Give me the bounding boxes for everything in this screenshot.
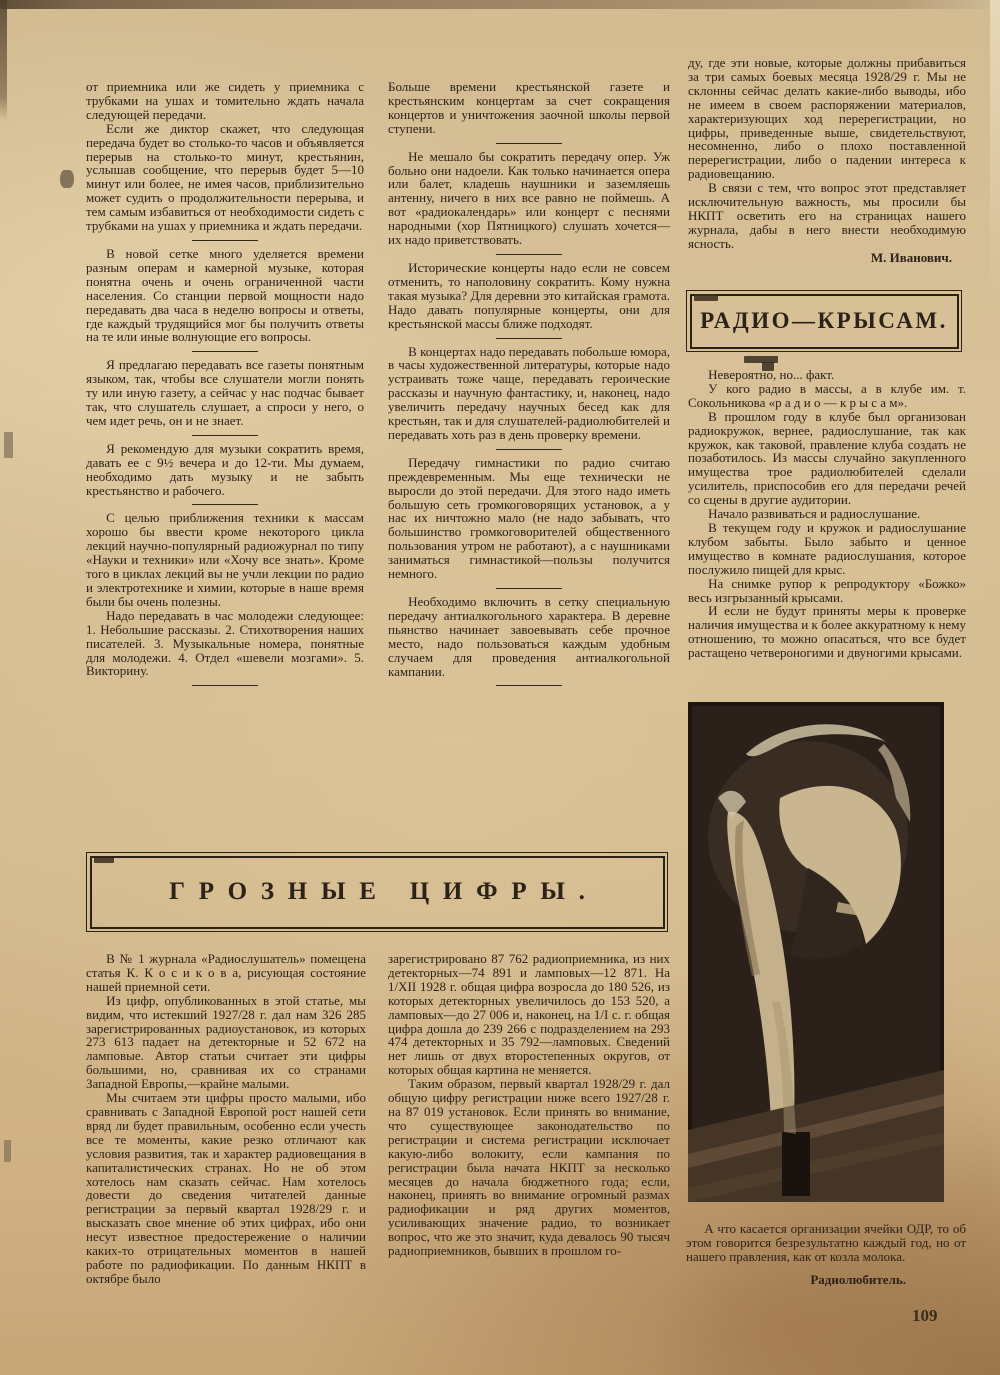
figures-article-title-box: ГРОЗНЫЕ ЦИФРЫ.: [86, 852, 668, 932]
rats-article-title-box: РАДИО—КРЫСАМ.: [686, 290, 962, 352]
scan-top-edge: [0, 0, 1000, 9]
page-number: 109: [912, 1306, 938, 1326]
letter-paragraph: Исторические концерты надо если не совсе…: [388, 261, 670, 331]
letter-paragraph: В новой сетке много уделяется времени ра…: [86, 247, 364, 344]
letters-column-3: ду, где эти новые, которые должны прибав…: [688, 56, 966, 284]
photo-caption-block: А что касается организации ячейки ОДР, т…: [686, 1222, 966, 1300]
rats-paragraph: И если не будут приняты меры к проверке …: [688, 604, 966, 660]
rats-paragraph: Невероятно, но... факт.: [688, 368, 966, 382]
section-divider: [496, 338, 562, 339]
letters-column-2: Больше времени крестьянской газете и кре…: [388, 80, 670, 840]
letter-paragraph: Если же диктор скажет, что следующая пер…: [86, 122, 364, 233]
figures-paragraph: зарегистрировано 87 762 радиоприемника, …: [388, 952, 670, 1077]
letter-paragraph: В концертах надо передавать побольше юмо…: [388, 345, 670, 442]
letter-paragraph: Необходимо включить в сетку специальную …: [388, 595, 670, 678]
rats-paragraph: В текущем году и кружок и радиослушание …: [688, 521, 966, 577]
letter-paragraph: ду, где эти новые, которые должны прибав…: [688, 56, 966, 181]
ink-smudge: [4, 1140, 11, 1162]
scan-right-edge: [990, 0, 1000, 300]
rats-article-body: Невероятно, но... факт. У кого радио в м…: [688, 368, 966, 698]
figures-column-2: зарегистрировано 87 762 радиоприемника, …: [388, 952, 670, 1302]
author-signature: Радиолюбитель.: [686, 1273, 966, 1287]
section-divider: [496, 254, 562, 255]
section-divider: [192, 685, 258, 686]
section-divider: [496, 588, 562, 589]
section-divider: [496, 449, 562, 450]
rats-paragraph: Начало развиваться и радиослушание.: [688, 507, 966, 521]
figures-article-title: ГРОЗНЫЕ ЦИФРЫ.: [155, 878, 598, 906]
rats-article-title-frame: РАДИО—КРЫСАМ.: [690, 294, 959, 349]
section-divider: [496, 685, 562, 686]
photo-gnawed-horn: [688, 702, 944, 1202]
section-divider: [496, 143, 562, 144]
ink-smudge: [60, 170, 74, 188]
letter-paragraph: С целью приближения техники к массам хор…: [86, 511, 364, 608]
letter-paragraph: от приемника или же сидеть у приемника с…: [86, 80, 364, 122]
section-divider: [192, 435, 258, 436]
rats-paragraph: В прошлом году в клубе был организован р…: [688, 410, 966, 507]
rats-paragraph: На снимке рупор к репродуктору «Божко» в…: [688, 577, 966, 605]
scan-left-edge: [0, 0, 7, 120]
letter-paragraph: Надо передавать в час молодежи следующее…: [86, 609, 364, 679]
figures-column-1: В № 1 журнала «Радиослушатель» помещена …: [86, 952, 366, 1302]
figures-paragraph: Мы считаем эти цифры просто малыми, ибо …: [86, 1091, 366, 1286]
figures-paragraph: В № 1 журнала «Радиослушатель» помещена …: [86, 952, 366, 994]
letter-paragraph: Я предлагаю передавать все газеты понятн…: [86, 358, 364, 428]
section-divider: [192, 351, 258, 352]
section-divider: [192, 504, 258, 505]
letters-column-1: от приемника или же сидеть у приемника с…: [86, 80, 364, 840]
figures-paragraph: Из цифр, опубликованных в этой статье, м…: [86, 994, 366, 1091]
letter-paragraph: Передачу гимнастики по радио считаю преж…: [388, 456, 670, 581]
photo-caption: А что касается организации ячейки ОДР, т…: [686, 1222, 966, 1264]
letter-paragraph: Больше времени крестьянской газете и кре…: [388, 80, 670, 136]
ink-smudge: [694, 294, 718, 301]
letter-paragraph: Я рекомендую для музыки сократить время,…: [86, 442, 364, 498]
letter-paragraph: Не мешало бы сократить передачу опер. Уж…: [388, 150, 670, 247]
letter-paragraph: В связи с тем, что вопрос этот представл…: [688, 181, 966, 251]
ink-smudge: [4, 432, 13, 458]
rats-article-title: РАДИО—КРЫСАМ.: [700, 308, 948, 334]
rats-paragraph: У кого радио в массы, а в клубе им. т. С…: [688, 382, 966, 410]
author-signature: М. Иванович.: [688, 251, 966, 265]
figures-article-title-frame: ГРОЗНЫЕ ЦИФРЫ.: [90, 856, 665, 929]
section-divider: [192, 240, 258, 241]
figures-paragraph: Таким образом, первый квартал 1928/29 г.…: [388, 1077, 670, 1258]
